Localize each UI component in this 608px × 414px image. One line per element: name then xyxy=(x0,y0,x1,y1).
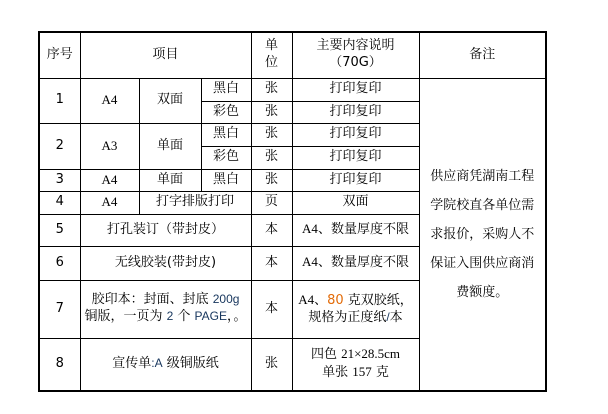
row8-description-line1: 四色 21×28.5cm xyxy=(293,346,419,364)
row7-description-line1: A4、80 克双胶纸， xyxy=(293,292,419,310)
col-header-seq: 序号 xyxy=(39,32,80,78)
row3-number: 3 xyxy=(39,169,80,191)
text-segment: 宣传单 xyxy=(112,356,151,371)
row2b-description: 打印复印 xyxy=(292,146,419,169)
row8-unit: 张 xyxy=(251,338,292,391)
text-segment: 胶印本：封面、封底 xyxy=(92,292,213,307)
row7-item-line2: 铜版，一页为 2 个 PAGE，。 xyxy=(81,309,251,326)
row8-description-line2: 单张 157 克 xyxy=(293,364,419,382)
text-segment: 200g xyxy=(213,292,240,306)
text-segment: A4 xyxy=(298,292,314,307)
header-row: 序号 项目 单 位 主要内容说明 （70G） 备注 xyxy=(39,32,546,78)
text-segment: 主要内容说明 xyxy=(293,38,419,55)
row1-number: 1 xyxy=(39,78,80,123)
row3-unit: 张 xyxy=(251,169,292,191)
row2-print-side: 单面 xyxy=(139,123,201,169)
text-segment: A4 xyxy=(302,221,318,236)
row5-item: 打孔装订（带封皮） xyxy=(80,214,251,246)
row3-paper-size: A4 xyxy=(80,169,139,191)
row7-item: 胶印本：封面、封底 200g 铜版，一页为 2 个 PAGE，。 xyxy=(80,280,251,338)
row1-paper-size: A4 xyxy=(80,78,139,123)
note-cell: 供应商凭湖南工程学院校直各单位需求报价，采购人不保证入围供应商消费额度。 xyxy=(419,78,546,391)
text-segment: 单张 xyxy=(322,365,352,380)
col-header-note: 备注 xyxy=(419,32,546,78)
text-segment: 、数量厚度不限 xyxy=(318,222,409,237)
row1b-unit: 张 xyxy=(251,101,292,123)
row7-description-line2: 规格为正度纸/本 xyxy=(293,310,419,327)
row4-number: 4 xyxy=(39,191,80,214)
row8-description: 四色 21×28.5cm 单张 157 克 xyxy=(292,338,419,391)
row3-print-side: 单面 xyxy=(139,169,201,191)
row5-description: A4、数量厚度不限 xyxy=(292,214,419,246)
text-segment: 四色 xyxy=(311,347,341,362)
row2a-color-mode: 黑白 xyxy=(201,123,251,146)
text-segment: 个 xyxy=(173,309,194,324)
text-segment: 本 xyxy=(390,310,403,325)
col-header-unit: 单 位 xyxy=(251,32,292,78)
row1a-description: 打印复印 xyxy=(292,78,419,101)
row2a-unit: 张 xyxy=(251,123,292,146)
row2a-description: 打印复印 xyxy=(292,123,419,146)
text-segment: （70G） xyxy=(293,55,419,72)
text-segment: 157 xyxy=(352,364,372,379)
row2-number: 2 xyxy=(39,123,80,169)
text-segment: 铜版，一页为 xyxy=(84,309,166,324)
row6-item: 无线胶装(带封皮) xyxy=(80,246,251,280)
document-page: 序号 项目 单 位 主要内容说明 （70G） 备注 1 A4 双面 黑白 张 打… xyxy=(0,0,608,414)
row2b-color-mode: 彩色 xyxy=(201,146,251,169)
row4-item: 打字排版打印 xyxy=(139,191,251,214)
row5-number: 5 xyxy=(39,214,80,246)
row7-number: 7 xyxy=(39,280,80,338)
row7-item-line1: 胶印本：封面、封底 200g xyxy=(81,292,251,309)
text-segment: PAGE xyxy=(195,309,227,323)
row6-number: 6 xyxy=(39,246,80,280)
text-segment: :A xyxy=(151,356,162,370)
print-price-table: 序号 项目 单 位 主要内容说明 （70G） 备注 1 A4 双面 黑白 张 打… xyxy=(38,31,547,392)
text-segment: A4 xyxy=(302,254,318,269)
text-segment: 21×28.5cm xyxy=(341,346,400,361)
text-segment: 80 xyxy=(327,293,344,308)
col-header-item: 项目 xyxy=(80,32,251,78)
row8-item: 宣传单:A 级铜版纸 xyxy=(80,338,251,391)
text-segment: 位 xyxy=(252,55,292,72)
row7-description: A4、80 克双胶纸， 规格为正度纸/本 xyxy=(292,280,419,338)
text-segment: 克双胶纸， xyxy=(344,293,413,308)
text-segment: 级铜版纸 xyxy=(163,356,219,371)
text-segment: 、数量厚度不限 xyxy=(318,255,409,270)
note-text: 供应商凭湖南工程学院校直各单位需求报价，采购人不保证入围供应商消费额度。 xyxy=(428,162,536,307)
text-segment: 规格为正度纸 xyxy=(308,310,386,325)
text-segment: 、 xyxy=(314,293,327,308)
row3-color-mode: 黑白 xyxy=(201,169,251,191)
text-segment: 克 xyxy=(372,365,389,380)
row1a-color-mode: 黑白 xyxy=(201,78,251,101)
row4-paper-size: A4 xyxy=(80,191,139,214)
col-header-description: 主要内容说明 （70G） xyxy=(292,32,419,78)
row6-description: A4、数量厚度不限 xyxy=(292,246,419,280)
row1b-description: 打印复印 xyxy=(292,101,419,123)
row5-unit: 本 xyxy=(251,214,292,246)
row2b-unit: 张 xyxy=(251,146,292,169)
table-row: 1 A4 双面 黑白 张 打印复印 供应商凭湖南工程学院校直各单位需求报价，采购… xyxy=(39,78,546,101)
row2-paper-size: A3 xyxy=(80,123,139,169)
text-segment: 单 xyxy=(252,38,292,55)
row1b-color-mode: 彩色 xyxy=(201,101,251,123)
row3-description: 打印复印 xyxy=(292,169,419,191)
row7-unit: 本 xyxy=(251,280,292,338)
row1-print-side: 双面 xyxy=(139,78,201,123)
row1a-unit: 张 xyxy=(251,78,292,101)
row6-unit: 本 xyxy=(251,246,292,280)
row4-unit: 页 xyxy=(251,191,292,214)
text-segment: ，。 xyxy=(227,309,247,324)
row4-description: 双面 xyxy=(292,191,419,214)
row8-number: 8 xyxy=(39,338,80,391)
